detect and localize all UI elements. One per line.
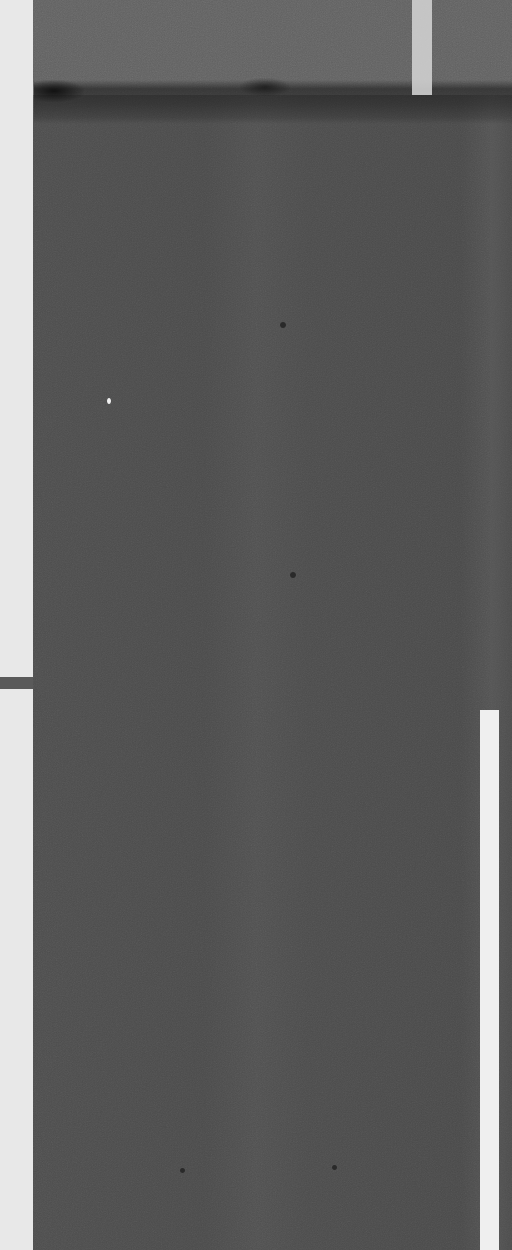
debris-speck [280,322,286,328]
light-debris-speck [107,398,111,404]
left-edge-line-crack [0,677,33,689]
debris-speck [180,1168,185,1173]
skid-mark-dark-mid [240,78,290,96]
debris-speck [290,572,296,578]
skid-mark-dark-left [34,80,84,102]
debris-speck [332,1165,337,1170]
right-lane-line [480,710,499,1250]
asphalt-texture [0,0,512,1250]
lane-dash-marking [412,0,432,95]
road-surface-image: Top-down grayscale view of an asphalt ro… [0,0,512,1250]
left-edge-line [0,0,33,1250]
